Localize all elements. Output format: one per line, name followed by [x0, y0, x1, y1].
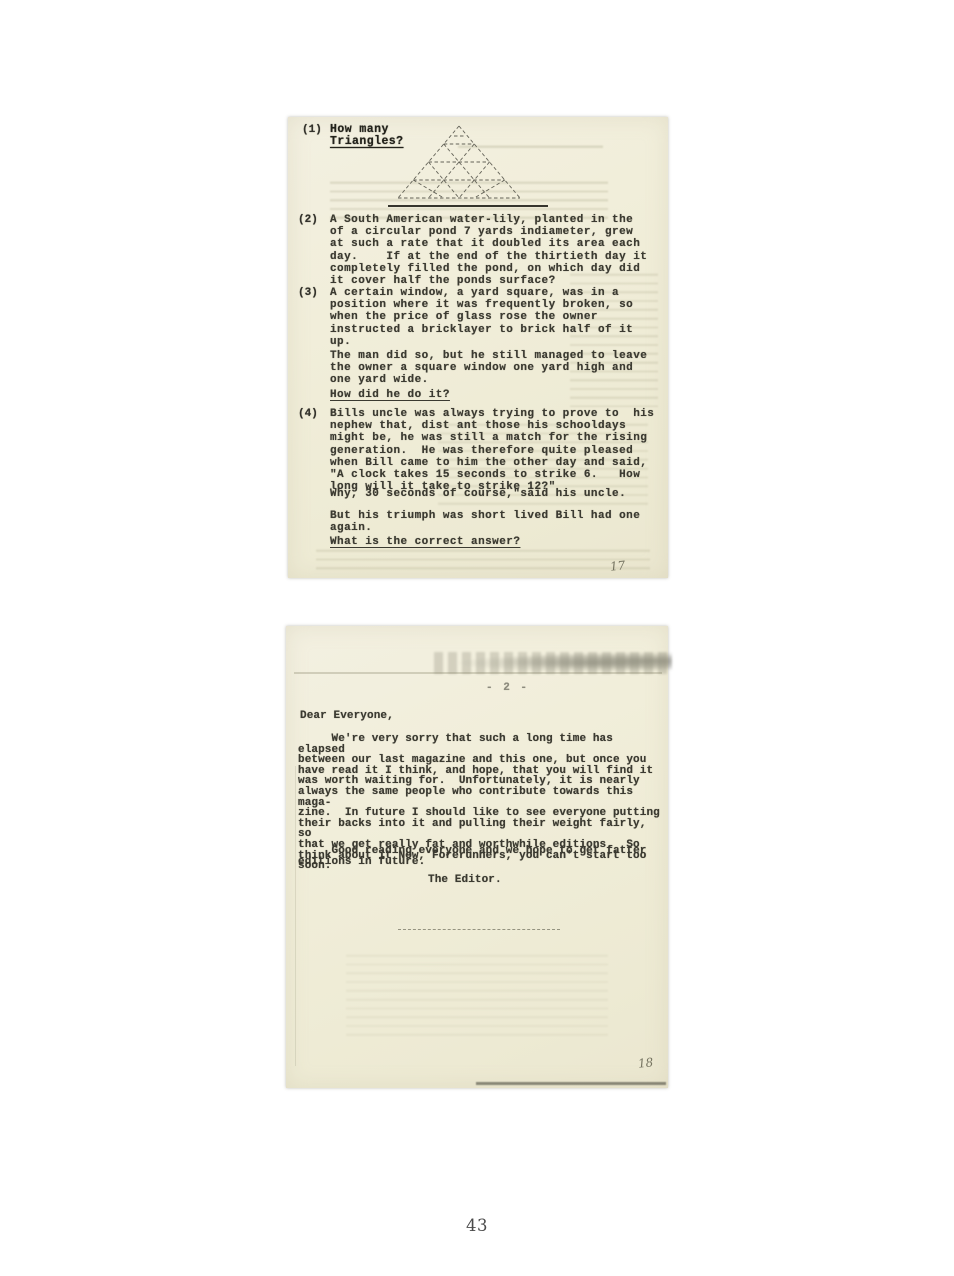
- puzzle-3-question: How did he do it?: [330, 389, 450, 401]
- divider-line: [398, 929, 560, 930]
- puzzle-4-paragraph-3: But his triumph was short lived Bill had…: [330, 510, 660, 534]
- scan-artifact-line: [295, 766, 296, 1066]
- puzzle-3-number: (3): [298, 287, 318, 299]
- document-page-background: (1) How many Triangles? (2) A South Amer…: [0, 0, 954, 1276]
- puzzle-2-text: A South American water-lily, planted in …: [330, 214, 660, 287]
- puzzle-1-number: (1): [302, 124, 322, 136]
- scanned-page-puzzles: (1) How many Triangles? (2) A South Amer…: [288, 117, 668, 578]
- puzzle-4-paragraph-2: Why, 30 seconds of course,"said his uncl…: [330, 488, 660, 500]
- book-page-number: 43: [0, 1216, 954, 1235]
- scanned-page-editor-letter: - 2 - Dear Everyone, We're very sorry th…: [286, 626, 668, 1088]
- page-number-text: 43: [466, 1216, 488, 1235]
- handwritten-page-number-18: 18: [637, 1055, 654, 1071]
- puzzle-4-number: (4): [298, 408, 318, 420]
- puzzle-4-text: Bills uncle was always trying to prove t…: [330, 408, 666, 493]
- handwritten-page-number-17: 17: [609, 558, 626, 574]
- puzzle-3-paragraph-2: The man did so, but he still managed to …: [330, 350, 660, 387]
- bleed-through-text: [346, 948, 608, 1040]
- triangle-puzzle-diagram: [384, 118, 564, 212]
- puzzle-2-number: (2): [298, 214, 318, 226]
- puzzle-4-question: What is the correct answer?: [330, 536, 520, 548]
- puzzle-3-text: A certain window, a yard square, was in …: [330, 287, 660, 348]
- scan-edge-shadow: [476, 1082, 666, 1085]
- page-2-marker: - 2 -: [486, 683, 576, 694]
- letter-salutation: Dear Everyone,: [300, 711, 394, 722]
- letter-signature: The Editor.: [428, 875, 502, 886]
- scan-artifact-line: [294, 672, 662, 674]
- ink-smudge: [434, 652, 672, 674]
- letter-closing: Good reading everyone and we hope to get…: [298, 846, 664, 867]
